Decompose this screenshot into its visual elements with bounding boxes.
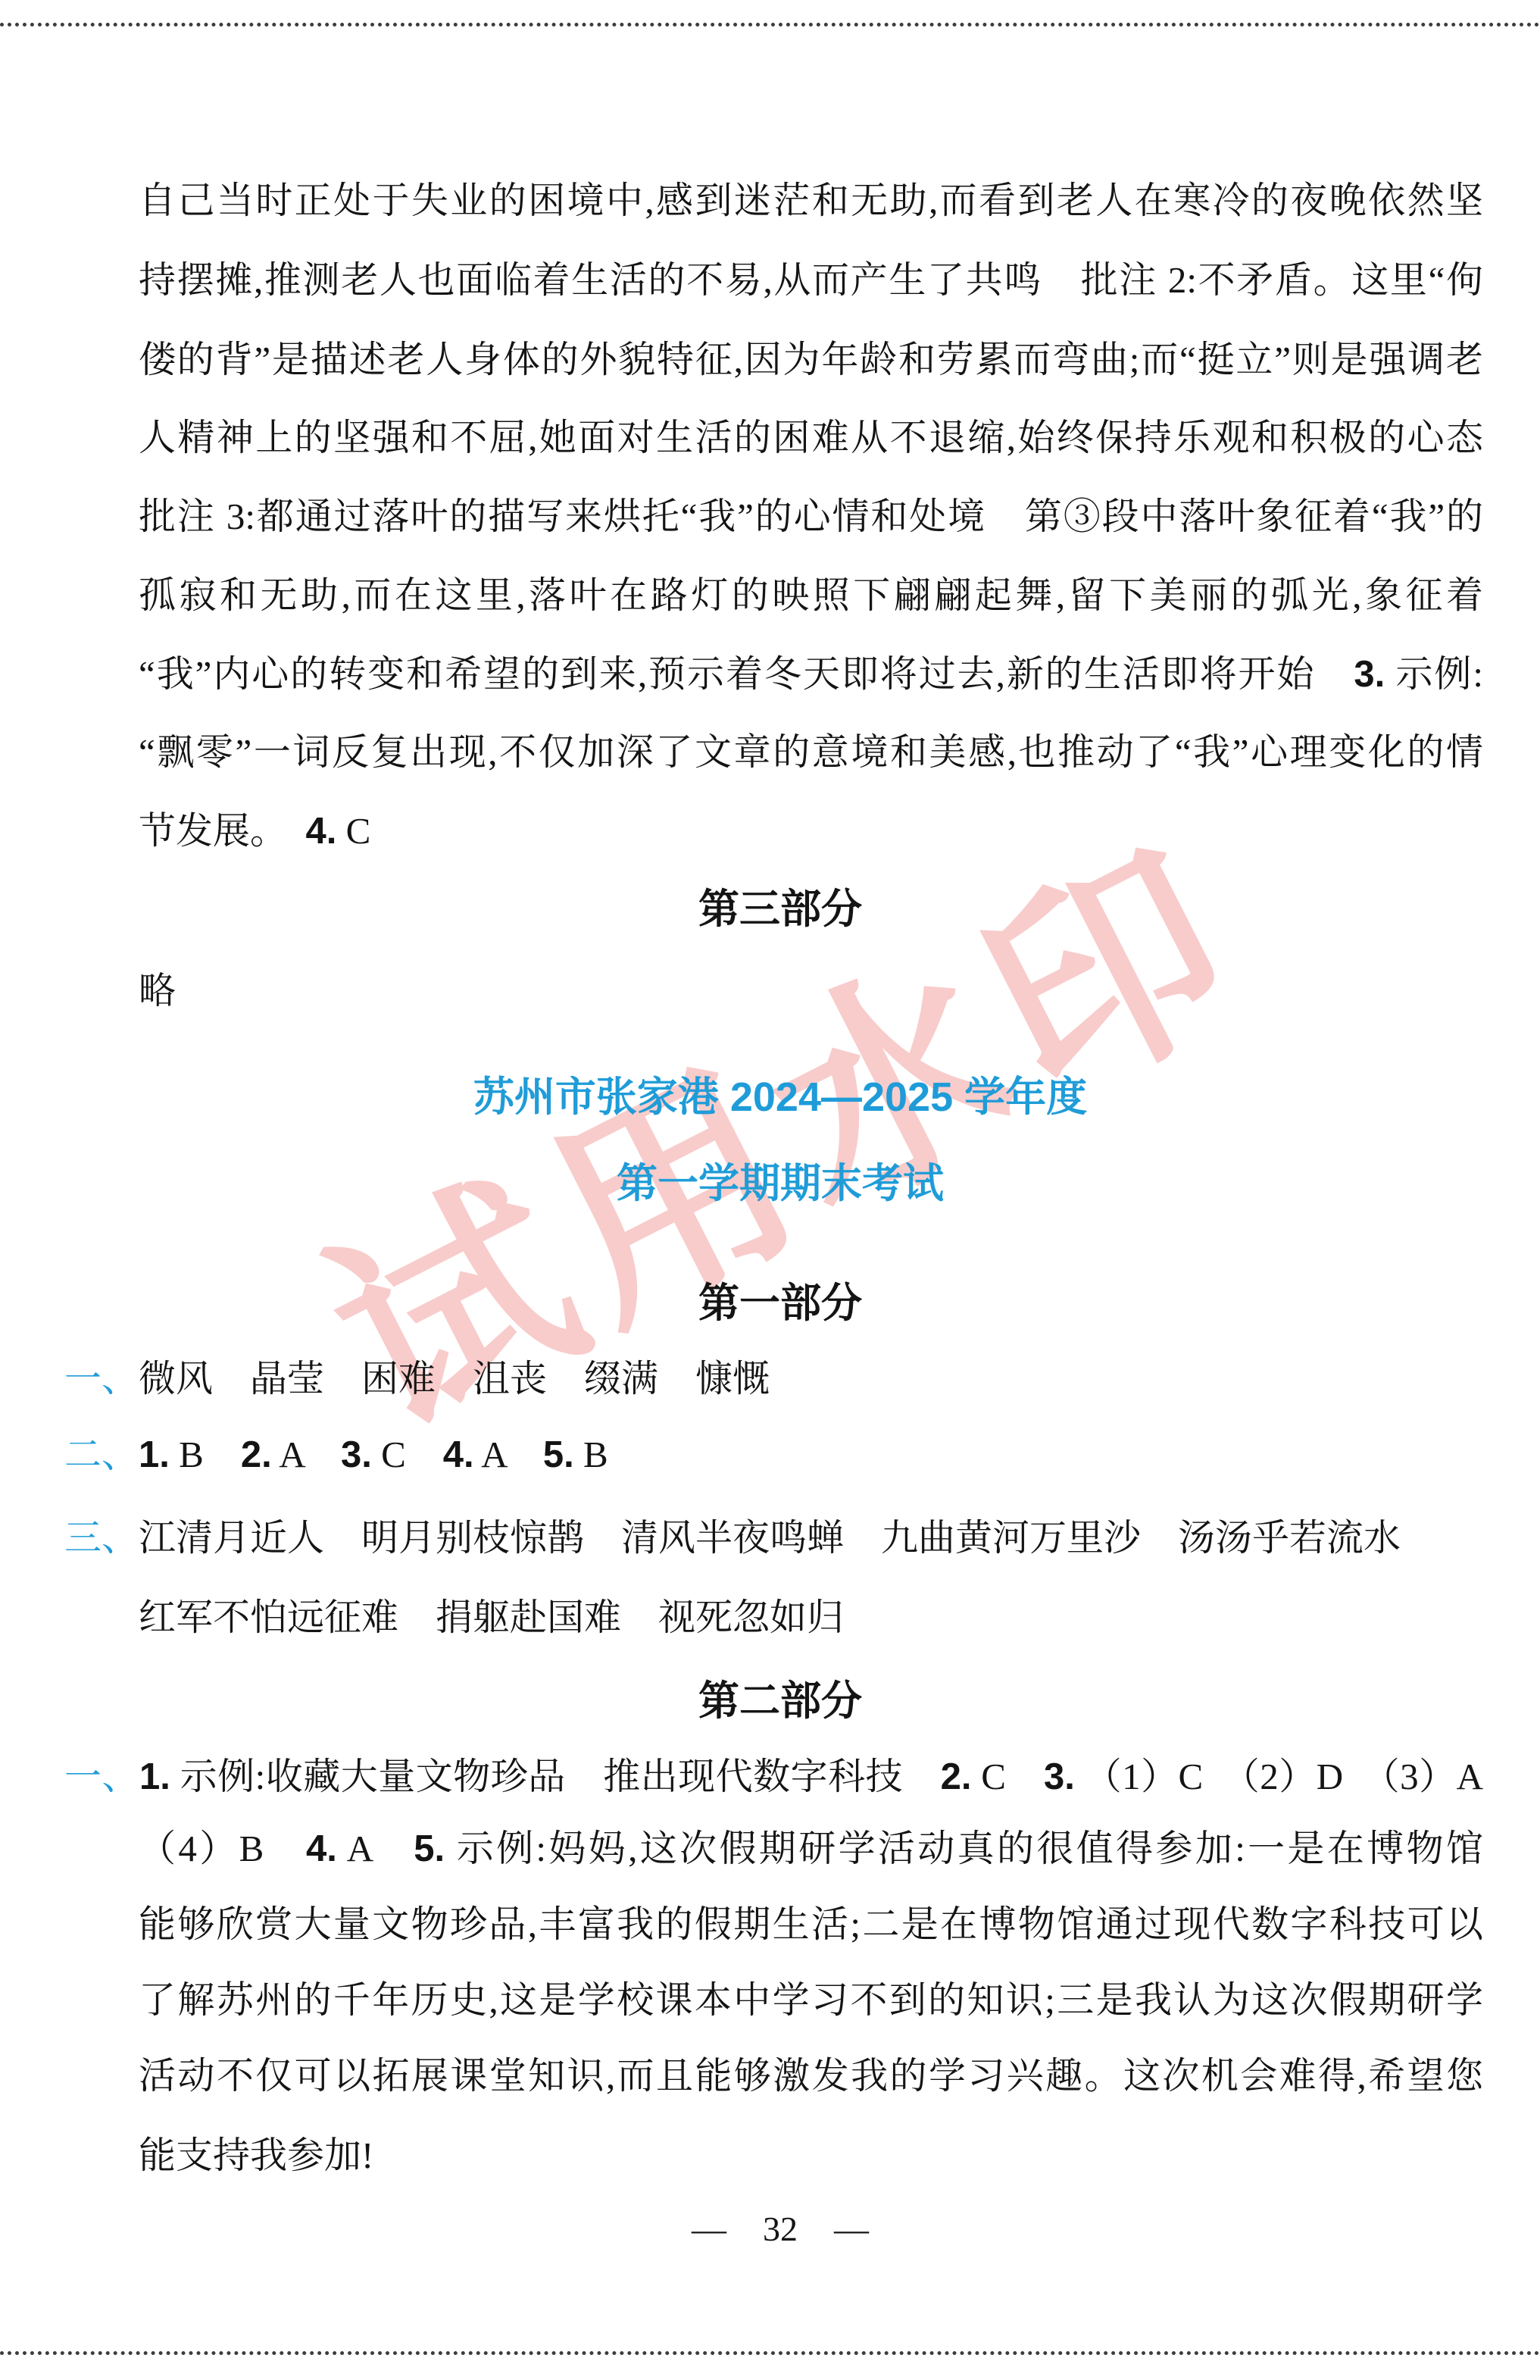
answer-number: 2. <box>241 1434 272 1475</box>
answer-number: 4. <box>306 811 337 852</box>
bottom-dotted-divider <box>0 2351 1540 2355</box>
part1-item-3-continuation: 红军不怕远征难 捐躯赴国难 视死忽如归 <box>139 1578 1483 1657</box>
part3-content: 略 <box>139 952 1483 1030</box>
answer-number: 5. <box>414 1828 445 1869</box>
item-text: 1. B 2. A 3. C 4. A 5. B <box>139 1434 608 1475</box>
answer-line: “飘零”一词反复出现,不仅加深了文章的意境和美感,也推动了“我”心理变化的情 <box>139 713 1483 792</box>
answer-line: 持摆摊,推测老人也面临着生活的不易,从而产生了共鸣 批注 2:不矛盾。这里“佝 <box>139 241 1483 320</box>
part1-item-2: 二、1. B 2. A 3. C 4. A 5. B <box>64 1415 1483 1494</box>
text-segment: （1）C （2）D （3）A <box>1075 1756 1483 1797</box>
part1-item-3: 三、江清月近人 明月别枝惊鹊 清风半夜鸣蝉 九曲黄河万里沙 汤汤乎若流水 <box>64 1499 1483 1578</box>
answer-number: 2. <box>941 1756 972 1797</box>
answer-number: 1. <box>139 1756 170 1797</box>
item-label: 一、 <box>64 1358 139 1400</box>
answer-line: 人精神上的坚强和不屈,她面对生活的困难从不退缩,始终保持乐观和积极的心态 <box>139 399 1483 477</box>
text-segment: 示例:妈妈,这次假期研学活动真的很值得参加:一是在博物馆 <box>445 1828 1483 1869</box>
answer-number: 3. <box>1044 1756 1075 1797</box>
text-segment: 节发展。 <box>139 810 306 852</box>
text-segment: 示例:收藏大量文物珍品 推出现代数字科技 <box>170 1756 941 1797</box>
text-segment: C <box>372 1434 443 1475</box>
part2-item-1-continuation: 了解苏州的千年历史,这是学校课本中学习不到的知识;三是我认为这次假期研学 <box>139 1961 1483 2040</box>
exam-title-line2: 第一学期期末考试 <box>64 1144 1496 1223</box>
answer-number: 5. <box>543 1434 574 1475</box>
text-segment: A <box>272 1434 341 1475</box>
text-segment: B <box>574 1434 608 1475</box>
exam-title-line1: 苏州市张家港 2024—2025 学年度 <box>64 1058 1496 1137</box>
text-segment: （4）B <box>139 1828 306 1869</box>
answer-line: “我”内心的转变和希望的到来,预示着冬天即将过去,新的生活即将开始 3. 示例: <box>139 635 1483 714</box>
part2-item-1: 一、1. 示例:收藏大量文物珍品 推出现代数字科技 2. C 3. （1）C （… <box>64 1737 1483 1816</box>
answer-line: 节发展。 4. C <box>139 792 1483 871</box>
text-segment: A <box>337 1828 414 1869</box>
text-segment: C <box>972 1756 1044 1797</box>
section-heading-part3: 第三部分 <box>64 870 1496 949</box>
text-segment: C <box>336 810 370 852</box>
part2-item-1-continuation: 能够欣赏大量文物珍品,丰富我的假期生活;二是在博物馆通过现代数字科技可以 <box>139 1885 1483 1964</box>
part2-item-1-continuation: 活动不仅可以拓展课堂知识,而且能够激发我的学习兴趣。这次机会难得,希望您 <box>139 2037 1483 2116</box>
footer-dash-left: — <box>692 2210 726 2248</box>
item-text: 微风 晶莹 困难 沮丧 缀满 慷慨 <box>139 1358 770 1400</box>
part2-item-1-continuation: （4）B 4. A 5. 示例:妈妈,这次假期研学活动真的很值得参加:一是在博物… <box>139 1809 1483 1888</box>
text-segment: B <box>170 1434 241 1475</box>
section-heading-part1: 第一部分 <box>64 1264 1496 1343</box>
answer-number: 4. <box>306 1828 337 1869</box>
answer-number: 1. <box>139 1434 170 1475</box>
page-number: 32 <box>763 2210 798 2248</box>
part2-item-1-continuation: 能支持我参加! <box>139 2116 1483 2195</box>
text-segment: 示例: <box>1385 653 1483 695</box>
page-footer: —32— <box>64 2190 1496 2269</box>
item-label: 二、 <box>64 1434 139 1475</box>
text-segment: “我”内心的转变和希望的到来,预示着冬天即将过去,新的生活即将开始 <box>139 653 1354 695</box>
answer-number: 4. <box>443 1434 474 1475</box>
answer-line: 批注 3:都通过落叶的描写来烘托“我”的心情和处境 第③段中落叶象征着“我”的 <box>139 477 1483 556</box>
item-label: 三、 <box>64 1517 139 1559</box>
section-heading-part2: 第二部分 <box>64 1662 1496 1740</box>
item-text: 1. 示例:收藏大量文物珍品 推出现代数字科技 2. C 3. （1）C （2）… <box>139 1756 1483 1797</box>
text-segment: A <box>474 1434 543 1475</box>
part1-item-1: 一、微风 晶莹 困难 沮丧 缀满 慷慨 <box>64 1340 1483 1418</box>
item-label: 一、 <box>64 1756 139 1797</box>
footer-dash-right: — <box>834 2210 869 2248</box>
answer-line: 偻的背”是描述老人身体的外貌特征,因为年龄和劳累而弯曲;而“挺立”则是强调老 <box>139 321 1483 399</box>
item-text: 江清月近人 明月别枝惊鹊 清风半夜鸣蝉 九曲黄河万里沙 汤汤乎若流水 <box>139 1517 1401 1559</box>
top-dotted-divider <box>0 23 1540 27</box>
answer-line: 孤寂和无助,而在这里,落叶在路灯的映照下翩翩起舞,留下美丽的弧光,象征着 <box>139 556 1483 635</box>
answer-line: 自己当时正处于失业的困境中,感到迷茫和无助,而看到老人在寒冷的夜晚依然坚 <box>139 161 1483 240</box>
answer-number: 3. <box>341 1434 372 1475</box>
answer-number: 3. <box>1354 654 1385 695</box>
answer-key-page: 试用水印 自己当时正处于失业的困境中,感到迷茫和无助,而看到老人在寒冷的夜晚依然… <box>0 0 1540 2380</box>
